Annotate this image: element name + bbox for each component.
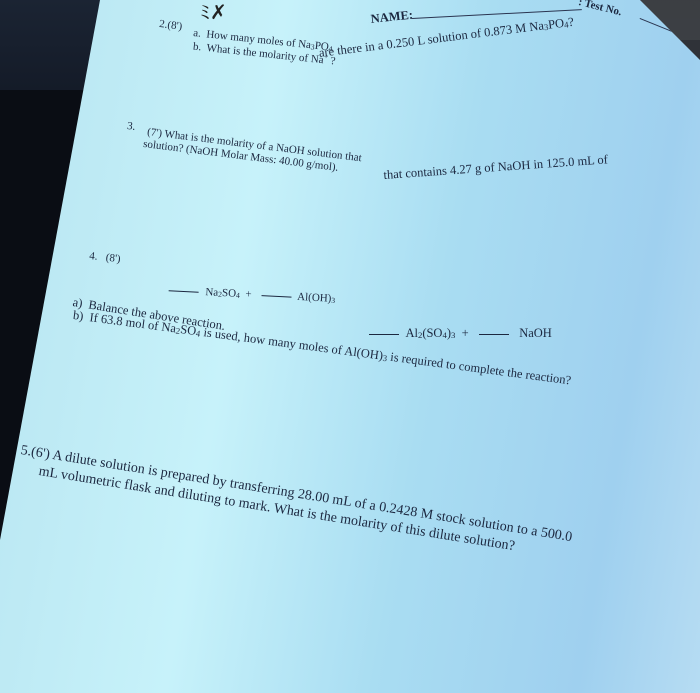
question-3-number: 3. (126, 120, 136, 133)
question-5-line-1: 5.(6') A dilute solution is prepared by … (19, 443, 573, 546)
question-4-number: 4. (8') (89, 250, 121, 265)
reactant-2: Al(OH)3 (297, 291, 336, 305)
handwritten-scribble: ﾐ✗ (200, 0, 242, 20)
name-label: NAME: (370, 8, 414, 27)
text: are there in a 0.250 L solution of 0.873… (318, 18, 545, 60)
question-5-number: 5.(6') (20, 443, 51, 462)
test-number-label: : Test No. (577, 0, 623, 18)
text: A dilute solution is prepared by transfe… (51, 448, 573, 545)
text: PO (547, 16, 565, 32)
question-4-points: (8') (105, 252, 121, 265)
coefficient-blank-1[interactable] (169, 290, 199, 293)
question-4b-marker: b) (72, 308, 84, 323)
coefficient-blank-4[interactable] (479, 334, 509, 335)
question-4b: b) If 63.8 mol of Na2SO4 is used, how ma… (72, 308, 572, 388)
reaction-equation: Na2SO4 + Al(OH)3 (164, 284, 335, 305)
plus-sign: + (462, 326, 469, 340)
reactant-1: Na2SO4 (205, 286, 240, 300)
coefficient-blank-2[interactable] (261, 295, 291, 298)
coefficient-blank-3[interactable] (369, 334, 399, 335)
question-4-label: 4. (89, 250, 98, 263)
reaction-products: Al2(SO4)3 + NaOH (365, 326, 552, 341)
product-1: Al2(SO4)3 (405, 326, 455, 340)
question-2a-continued: are there in a 0.250 L solution of 0.873… (318, 15, 575, 61)
worksheet-paper: ﾐ✗ NAME: : Test No. 2.(8') a. How many m… (0, 0, 700, 693)
question-2b-marker: b. (192, 41, 201, 54)
text: ? (567, 15, 574, 30)
question-2-number: 2.(8') (159, 18, 183, 33)
question-3-line-1-continued: that contains 4.27 g of NaOH in 125.0 mL… (383, 152, 608, 183)
text: ? (327, 55, 336, 68)
product-2: NaOH (519, 326, 552, 340)
plus-sign: + (245, 288, 252, 300)
